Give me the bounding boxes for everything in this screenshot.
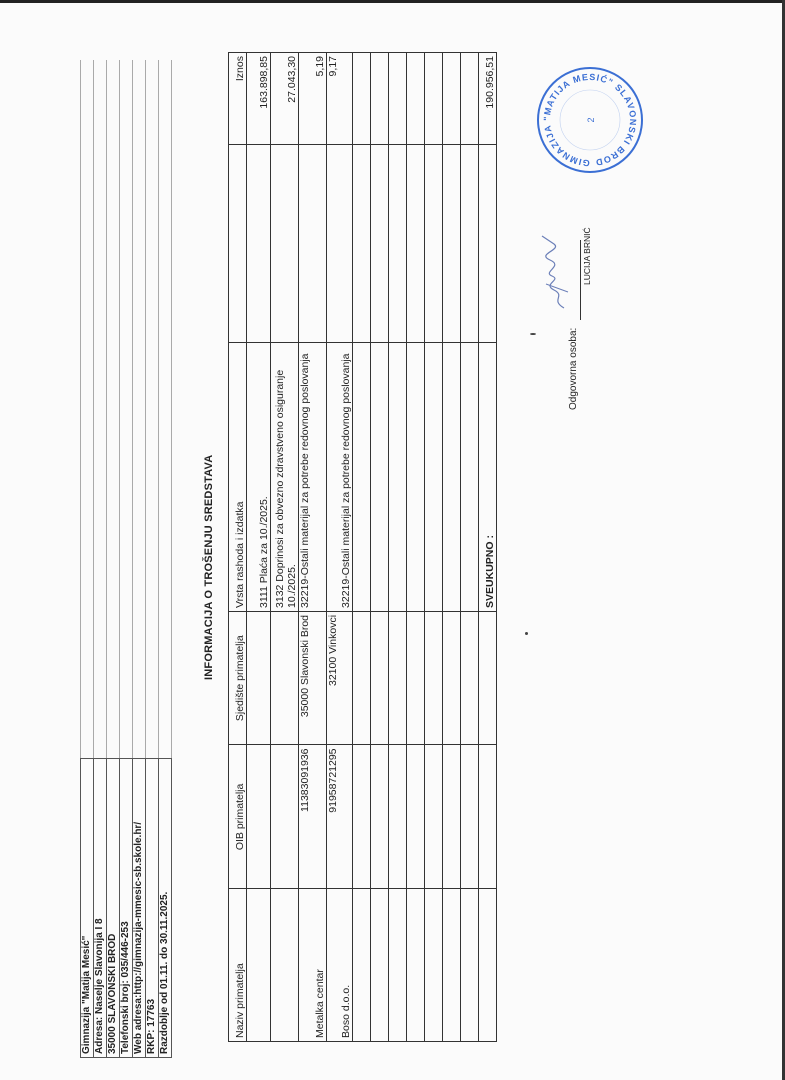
school-phone: Telefonski broj: 035/446-253 — [120, 759, 133, 1058]
column-header: Iznos — [229, 53, 247, 145]
table-row: Boso d.o.o. 91958721295 32100 Vinkovci 3… — [327, 53, 353, 1042]
signer-name: LUCIJA BRNIĆ — [582, 227, 592, 285]
svg-text:2: 2 — [586, 117, 596, 122]
table-row-empty — [389, 53, 407, 1042]
handwritten-signature — [540, 230, 570, 310]
table-row: 3111 Plaća za 10./2025. 163.898,85 — [247, 53, 271, 1042]
total-row: SVEUKUPNO : 190.956,51 — [479, 53, 497, 1042]
responsible-person-label: Odgovorna osoba: — [568, 328, 579, 410]
school-rkp: RKP: 17763 — [146, 759, 159, 1058]
school-name: Gimnazija "Matija Mesić" — [81, 759, 94, 1058]
table-row: 3132 Doprinosi za obvezno zdravstveno os… — [271, 53, 299, 1042]
total-label: SVEUKUPNO : — [479, 343, 497, 612]
official-stamp: GIMNAZIJA "MATIJA MESIĆ" SLAVONSKI BROD … — [535, 65, 645, 175]
table-row-empty — [407, 53, 425, 1042]
column-header: Naziv primatelja — [229, 889, 247, 1042]
table-row-empty — [443, 53, 461, 1042]
table-row-empty — [425, 53, 443, 1042]
expenditure-table: Naziv primatelja OIB primatelja Sjedište… — [228, 52, 497, 1042]
header-gridlines — [80, 60, 184, 758]
reporting-period: Razdoblje od 01.11. do 30.11.2025. — [159, 759, 172, 1058]
signature-line — [580, 240, 581, 320]
school-address: Adresa: Naselje Slavonija I 8 — [94, 759, 107, 1058]
table-header-row: Naziv primatelja OIB primatelja Sjedište… — [229, 53, 247, 1042]
total-amount: 190.956,51 — [479, 53, 497, 145]
column-header: Sjedište primatelja — [229, 611, 247, 745]
table-row-empty — [353, 53, 371, 1042]
scan-speck — [525, 632, 528, 635]
table-row-empty — [371, 53, 389, 1042]
document-page: Gimnazija "Matija Mesić" Adresa: Naselje… — [0, 0, 785, 1080]
table-row: Metalka centar 11383091936 35000 Slavons… — [299, 53, 327, 1042]
column-header: OIB primatelja — [229, 745, 247, 889]
scan-speck — [530, 333, 536, 335]
document-title: INFORMACIJA O TROŠENJU SREDSTAVA — [203, 455, 215, 680]
column-header — [229, 144, 247, 343]
school-website: Web adresa:http://gimnazija-mmesic-sb.sk… — [133, 759, 146, 1058]
column-header: Vrsta rashoda i izdatka — [229, 343, 247, 612]
table-row-empty — [461, 53, 479, 1042]
institution-header: Gimnazija "Matija Mesić" Adresa: Naselje… — [80, 758, 172, 1058]
school-city: 35000 SLAVONSKI BROD — [107, 759, 120, 1058]
